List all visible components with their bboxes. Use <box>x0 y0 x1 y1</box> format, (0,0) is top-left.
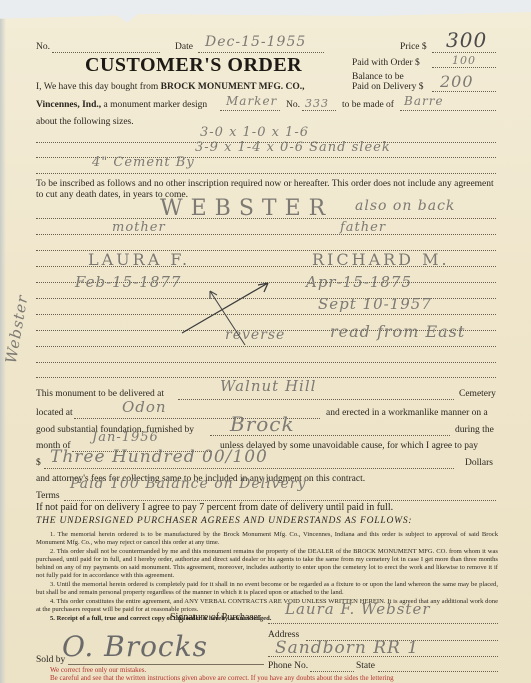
balance-value: 200 <box>440 72 474 91</box>
state-label: State <box>356 661 375 671</box>
inscription-surname-note: also on back <box>355 198 455 214</box>
located-value: Odon <box>122 398 167 416</box>
made-of-field <box>400 110 496 111</box>
inscription-surname: WEBSTER <box>160 196 333 221</box>
inscription-note-read: read from East <box>330 322 465 341</box>
design-value: Marker <box>226 94 277 108</box>
price-label: Price $ <box>400 42 427 52</box>
no-label: No. <box>36 42 50 52</box>
signature-label: Signature of Purchaser <box>170 612 261 623</box>
footer-note-2: Be careful and see that the written inst… <box>50 674 394 682</box>
delivered-field <box>178 399 454 400</box>
date-field <box>198 52 324 53</box>
signature-field <box>268 623 498 624</box>
inscription-left-birth: Feb-15-1877 <box>75 273 181 291</box>
paid-with-order-value: 100 <box>452 54 476 67</box>
terms-value: Paid 100 Balance on Delivery <box>70 476 306 492</box>
inscription-left-name: LAURA F. <box>88 250 190 269</box>
inscription-right-birth: Apr-15-1875 <box>306 273 412 291</box>
balance-label-1: Balance to be <box>352 73 404 82</box>
design-no-label: No. <box>286 100 300 110</box>
sold-by-value: O. Brocks <box>62 630 208 663</box>
state-field <box>378 671 498 672</box>
month-value: Jan-1956 <box>92 430 159 445</box>
size-2: 3-9 x 1-4 x 0-6 Sand sleek <box>195 140 391 155</box>
dollar-sign: $ <box>36 458 41 468</box>
interest-text: If not paid for on delivery I agree to p… <box>36 502 393 513</box>
company-name: BROCK MONUMENT MFG. CO., <box>161 82 305 92</box>
during-label: during the <box>455 425 494 435</box>
terms-field <box>64 500 496 501</box>
design-field <box>220 110 280 111</box>
footer-note-1: We correct free only our mistakes. <box>50 666 146 674</box>
inscription-right-role: father <box>340 220 386 235</box>
terms-label: Terms <box>36 491 60 501</box>
signature-value: Laura F. Webster <box>285 600 431 618</box>
made-of-value: Barre <box>404 94 444 108</box>
price-value: 300 <box>446 28 487 52</box>
form-title: CUSTOMER'S ORDER <box>85 54 302 77</box>
clause-1: 1. The memorial herein ordered is to be … <box>36 531 498 547</box>
size-1: 3-0 x 1-0 x 1-6 <box>200 125 309 140</box>
size-3: 4" Cement By <box>92 155 195 170</box>
inscription-left-role: mother <box>112 220 166 235</box>
phone-field <box>310 671 354 672</box>
inscription-right-name: RICHARD M. <box>312 250 450 269</box>
paid-with-order-label: Paid with Order $ <box>352 58 420 68</box>
clause-2: 2. This order shall not be countermanded… <box>36 548 498 580</box>
intro-line-1: I, We have this day bought from BROCK MO… <box>36 82 305 92</box>
amount-field <box>44 468 454 469</box>
sizes-label: about the following sizes. <box>36 117 134 127</box>
design-no-field <box>302 110 336 111</box>
agrees-heading: THE UNDERSIGNED PURCHASER AGREES AND UND… <box>36 516 412 526</box>
inscription-line <box>36 362 496 363</box>
located-label: located at <box>36 408 73 418</box>
intro-line-2: Vincennes, Ind., a monument marker desig… <box>36 100 207 110</box>
delivered-value: Walnut Hill <box>220 377 316 395</box>
date-value: Dec-15-1955 <box>205 34 306 50</box>
erected-label: and erected in a workmanlike manner on a <box>326 408 488 418</box>
no-field <box>52 52 160 53</box>
pencil-arrows <box>170 275 280 350</box>
amount-words: Three Hundred 00/100 <box>50 447 268 467</box>
phone-label: Phone No. <box>268 661 308 671</box>
foundation-value: Brock <box>230 412 295 436</box>
sizes-line-3 <box>36 173 496 174</box>
inscription-line <box>36 234 496 235</box>
clause-3: 3. Until the memorial herein ordered is … <box>36 581 498 597</box>
price-field <box>432 52 496 53</box>
cemetery-label: Cemetery <box>459 389 496 399</box>
intro-text: I, We have this day bought from <box>36 82 161 92</box>
date-label: Date <box>175 42 193 52</box>
balance-label-2: Paid on Delivery $ <box>352 82 424 92</box>
sold-by-field <box>68 664 264 665</box>
sold-by-label: Sold by <box>36 655 65 665</box>
inscription-right-death: Sept 10-1957 <box>318 295 432 313</box>
balance-field <box>432 91 496 92</box>
made-of-label: to be made of <box>342 100 394 110</box>
dollars-label: Dollars <box>465 458 493 468</box>
design-label: a monument marker design <box>101 100 207 110</box>
design-no-value: 333 <box>305 97 329 110</box>
company-city: Vincennes, Ind., <box>36 100 101 110</box>
paid-with-order-field <box>432 67 496 68</box>
address-value: Sandborn RR 1 <box>275 638 419 658</box>
